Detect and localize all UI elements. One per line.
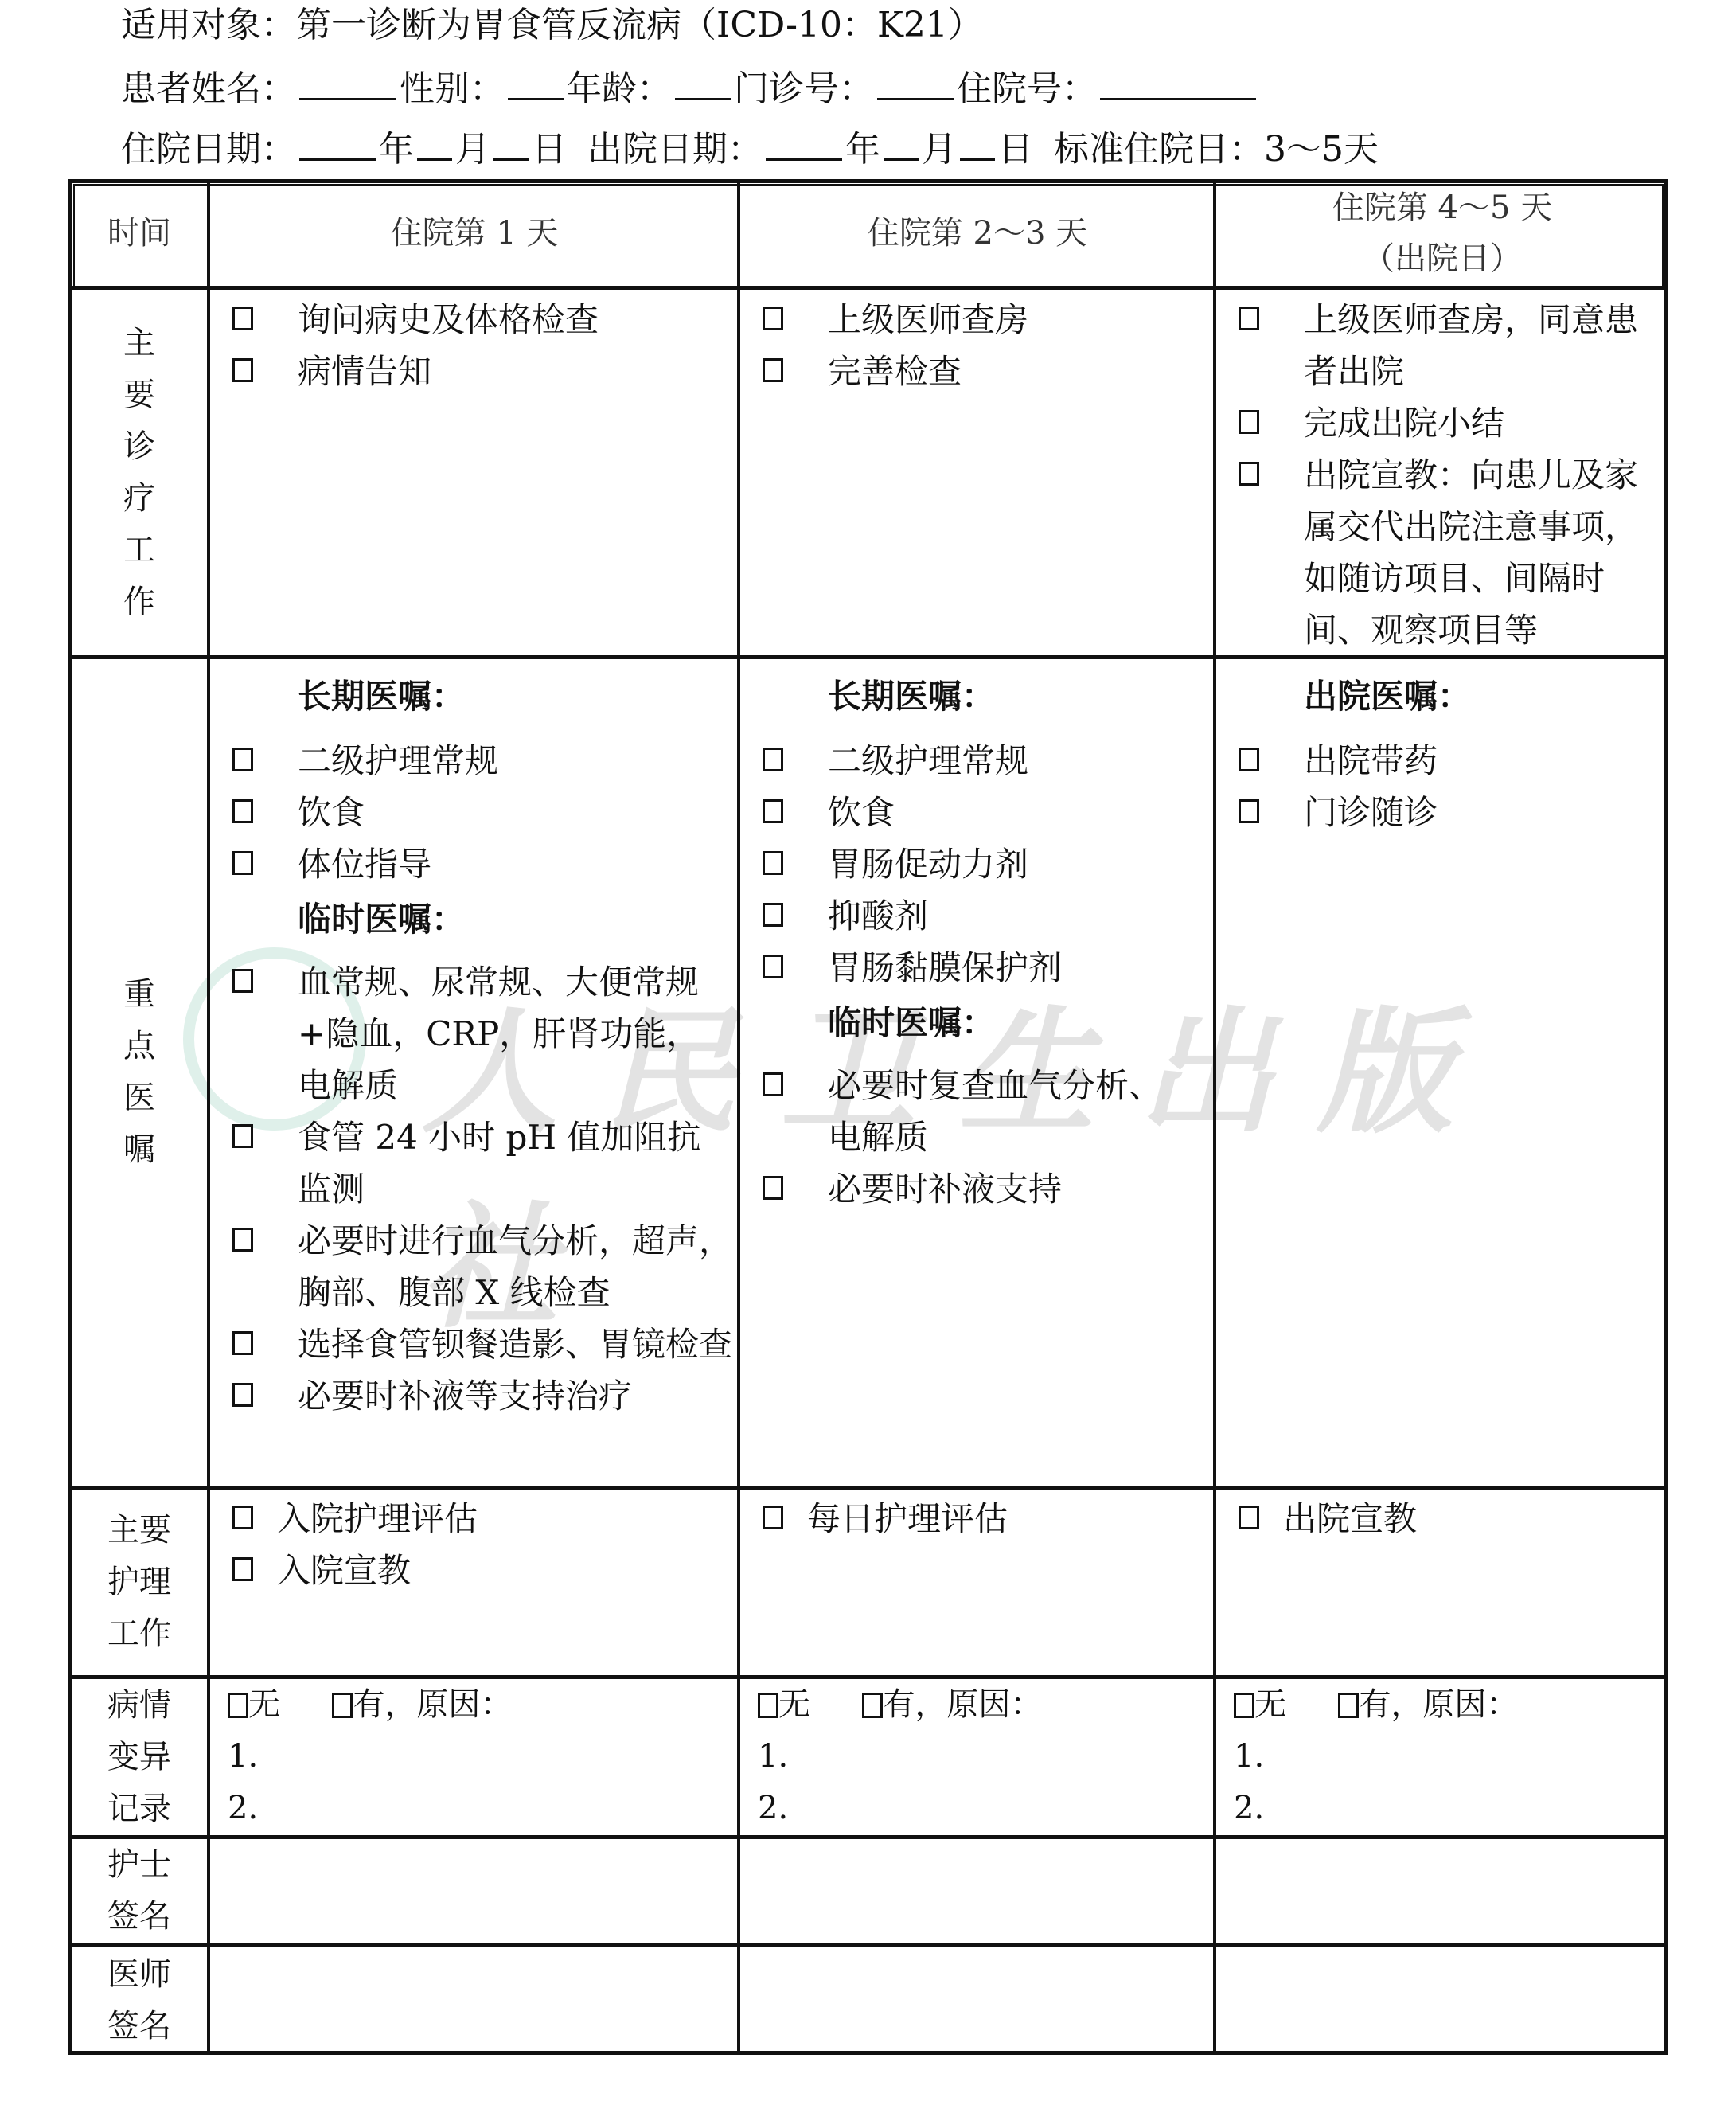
label-line: 记录 xyxy=(107,1783,171,1835)
checkbox-none-icon[interactable] xyxy=(758,1693,778,1718)
reason-line-1[interactable]: 1. xyxy=(1216,1731,1646,1783)
checkbox-icon[interactable] xyxy=(232,969,253,993)
item-text: 完成出院小结 xyxy=(1304,404,1504,443)
checkbox-icon[interactable] xyxy=(763,358,783,382)
checklist-item[interactable]: 上级医师查房 xyxy=(740,294,1213,346)
col-header-day4-5-title: 住院第 4～5 天 xyxy=(1332,182,1552,233)
nursing-day2: 每日护理评估 xyxy=(740,1493,1213,1545)
row-label-doctor-sign: 医师 签名 xyxy=(68,1947,210,2055)
row-label-variation: 病情 变异 记录 xyxy=(68,1679,210,1835)
variation-day3: 无 有，原因： 1. 2. xyxy=(1216,1679,1646,1834)
checkbox-none-icon[interactable] xyxy=(228,1693,248,1718)
discharge-day-field[interactable] xyxy=(960,127,995,161)
item-text: 入院宣教 xyxy=(277,1551,411,1590)
discharge-year-field[interactable] xyxy=(766,127,842,161)
checkbox-icon[interactable] xyxy=(232,1228,253,1252)
label-line: 医师 xyxy=(107,1949,171,2001)
col-header-discharge-day: （出院日） xyxy=(1363,233,1522,284)
checkbox-yes-icon[interactable] xyxy=(1338,1693,1359,1718)
label-line: 护理 xyxy=(107,1556,171,1608)
key-orders-day3: 出院医嘱： 出院带药 门诊随诊 xyxy=(1216,669,1646,838)
clinical-pathway-table: 时间 住院第 1 天 住院第 2～3 天 住院第 4～5 天 （出院日） 主 要… xyxy=(68,179,1668,2055)
key-orders-day1: 长期医嘱： 二级护理常规 饮食 体位指导 临时医嘱： 血常规、尿常规、大便常规+… xyxy=(210,669,732,1422)
year-label: 年 xyxy=(379,129,414,170)
label-char: 主 xyxy=(123,318,155,369)
checkbox-icon[interactable] xyxy=(763,799,783,823)
label-line: 变异 xyxy=(107,1732,171,1783)
checklist-item[interactable]: 胃肠黏膜保护剂 xyxy=(740,942,1186,994)
label-char: 疗 xyxy=(123,473,155,525)
item-text: 入院护理评估 xyxy=(277,1499,478,1538)
item-text: 体位指导 xyxy=(298,845,431,884)
variation-options: 无 有，原因： xyxy=(740,1679,1213,1731)
patient-name-field[interactable] xyxy=(299,66,396,100)
checkbox-icon[interactable] xyxy=(763,1506,783,1529)
label-char: 要 xyxy=(123,369,155,421)
checklist-item[interactable]: 询问病史及体格检查 xyxy=(210,294,737,346)
label-line: 签名 xyxy=(107,1891,171,1943)
checkbox-icon[interactable] xyxy=(1239,799,1259,823)
label-char: 诊 xyxy=(123,421,155,473)
patient-name-label: 患者姓名： xyxy=(121,68,296,109)
item-text: 必要时进行血气分析，超声，胸部、腹部 X 线检查 xyxy=(298,1221,732,1312)
row-label-main-work: 主 要 诊 疗 工 作 xyxy=(68,290,210,655)
checklist-item[interactable]: 出院宣教 xyxy=(1216,1493,1646,1545)
checklist-item[interactable]: 入院护理评估 xyxy=(210,1493,737,1545)
standard-stay-label: 标准住院日：3～5天 xyxy=(1054,129,1379,170)
checklist-item[interactable]: 血常规、尿常规、大便常规+隐血，CRP，肝肾功能，电解质 xyxy=(210,956,732,1111)
nurse-sign-day1[interactable] xyxy=(210,1839,737,1943)
age-field[interactable] xyxy=(675,66,731,100)
month-label: 月 xyxy=(922,129,957,170)
item-text: 必要时补液等支持治疗 xyxy=(298,1377,632,1416)
label-char: 作 xyxy=(123,576,155,628)
doctor-sign-day1[interactable] xyxy=(210,1947,737,2050)
checkbox-icon[interactable] xyxy=(232,1557,253,1581)
long-term-orders-heading: 长期医嘱： xyxy=(210,670,732,722)
item-text: 出院宣教 xyxy=(1283,1499,1417,1538)
label-line: 主要 xyxy=(107,1505,171,1556)
row-label-nurse-sign: 护士 签名 xyxy=(68,1839,210,1943)
item-text: 抑酸剂 xyxy=(828,896,928,935)
checkbox-icon[interactable] xyxy=(763,1176,783,1200)
reason-line-2[interactable]: 2. xyxy=(210,1783,737,1834)
checklist-item[interactable]: 必要时进行血气分析，超声，胸部、腹部 X 线检查 xyxy=(210,1215,732,1318)
outpatient-no-label: 门诊号： xyxy=(734,68,874,109)
checklist-item[interactable]: 门诊随诊 xyxy=(1216,787,1646,838)
main-work-day1: 询问病史及体格检查 病情告知 xyxy=(210,294,737,397)
checklist-item[interactable]: 饮食 xyxy=(740,787,1186,838)
item-text: 食管 24 小时 pH 值加阻抗监测 xyxy=(298,1118,700,1209)
checkbox-icon[interactable] xyxy=(1239,748,1259,771)
item-text: 饮食 xyxy=(828,793,895,832)
temp-orders-heading: 临时医嘱： xyxy=(210,893,732,945)
label-char: 工 xyxy=(123,525,155,576)
checkbox-icon[interactable] xyxy=(232,748,253,771)
item-text: 饮食 xyxy=(298,793,365,832)
item-text: 必要时补液支持 xyxy=(828,1170,1062,1209)
checkbox-none-icon[interactable] xyxy=(1234,1693,1254,1718)
item-text: 门诊随诊 xyxy=(1304,793,1438,832)
nurse-sign-day3[interactable] xyxy=(1216,1839,1664,1943)
yes-reason-label: 有，原因： xyxy=(1359,1686,1518,1723)
item-text: 二级护理常规 xyxy=(298,741,498,780)
item-text: 必要时复查血气分析、电解质 xyxy=(828,1066,1162,1157)
day-label: 日 xyxy=(998,129,1033,170)
checkbox-icon[interactable] xyxy=(763,307,783,330)
checklist-item[interactable]: 抑酸剂 xyxy=(740,890,1186,942)
checkbox-icon[interactable] xyxy=(232,1124,253,1148)
checklist-item[interactable]: 选择食管钡餐造影、胃镜检查 xyxy=(210,1318,732,1370)
nursing-day1: 入院护理评估 入院宣教 xyxy=(210,1493,737,1596)
gender-field[interactable] xyxy=(508,66,564,100)
year-label: 年 xyxy=(845,129,880,170)
none-label: 无 xyxy=(1254,1686,1286,1723)
item-text: 询问病史及体格检查 xyxy=(298,300,599,339)
checkbox-icon[interactable] xyxy=(763,851,783,875)
dates-line: 住院日期：年月日 出院日期：年月日 标准住院日：3～5天 xyxy=(121,126,1379,174)
admit-year-field[interactable] xyxy=(299,127,376,161)
age-label: 年龄： xyxy=(567,68,672,109)
yes-reason-label: 有，原因： xyxy=(883,1686,1042,1723)
checklist-item[interactable]: 完成出院小结 xyxy=(1216,397,1646,449)
reason-line-1[interactable]: 1. xyxy=(740,1731,1213,1783)
main-work-day3: 上级医师查房，同意患者出院 完成出院小结 出院宣教：向患儿及家属交代出院注意事项… xyxy=(1216,294,1646,656)
nursing-day3: 出院宣教 xyxy=(1216,1493,1646,1545)
admit-date-label: 住院日期： xyxy=(121,129,296,170)
none-label: 无 xyxy=(248,1686,280,1723)
item-text: 病情告知 xyxy=(298,352,431,391)
checkbox-icon[interactable] xyxy=(232,799,253,823)
checkbox-icon[interactable] xyxy=(763,955,783,978)
checkbox-icon[interactable] xyxy=(763,748,783,771)
checkbox-icon[interactable] xyxy=(1239,307,1259,330)
yes-reason-label: 有，原因： xyxy=(353,1686,512,1723)
item-text: 完善检查 xyxy=(828,352,962,391)
item-text: 出院宣教：向患儿及家属交代出院注意事项，如随访项目、间隔时间、观察项目等 xyxy=(1304,455,1638,650)
checklist-item[interactable]: 二级护理常规 xyxy=(210,735,732,787)
item-text: 上级医师查房，同意患者出院 xyxy=(1304,300,1638,391)
patient-info-line: 患者姓名：性别：年龄：门诊号：住院号： xyxy=(121,65,1259,113)
checkbox-icon[interactable] xyxy=(232,1331,253,1355)
main-work-day2: 上级医师查房 完善检查 xyxy=(740,294,1213,397)
item-text: 二级护理常规 xyxy=(828,741,1028,780)
admit-day-field[interactable] xyxy=(493,127,529,161)
item-text: 选择食管钡餐造影、胃镜检查 xyxy=(298,1325,732,1364)
item-text: 血常规、尿常规、大便常规+隐血，CRP，肝肾功能，电解质 xyxy=(298,963,700,1105)
doctor-sign-day3[interactable] xyxy=(1216,1947,1664,2050)
checklist-item[interactable]: 胃肠促动力剂 xyxy=(740,838,1186,890)
label-char: 医 xyxy=(123,1072,155,1124)
doctor-sign-day2[interactable] xyxy=(740,1947,1213,2050)
label-line: 工作 xyxy=(107,1608,171,1660)
checklist-item[interactable]: 出院带药 xyxy=(1216,735,1646,787)
none-label: 无 xyxy=(778,1686,810,1723)
item-text: 上级医师查房 xyxy=(828,300,1028,339)
label-line: 签名 xyxy=(107,2001,171,2052)
checkbox-icon[interactable] xyxy=(1239,410,1259,434)
label-char: 重 xyxy=(123,969,155,1021)
checklist-item[interactable]: 病情告知 xyxy=(210,346,737,397)
day-label: 日 xyxy=(532,129,567,170)
label-line: 护士 xyxy=(107,1839,171,1891)
variation-day2: 无 有，原因： 1. 2. xyxy=(740,1679,1213,1834)
admit-month-field[interactable] xyxy=(417,127,452,161)
checklist-item[interactable]: 必要时补液支持 xyxy=(740,1163,1186,1215)
reason-line-1[interactable]: 1. xyxy=(210,1731,737,1783)
checklist-item[interactable]: 入院宣教 xyxy=(210,1545,737,1596)
checkbox-icon[interactable] xyxy=(1239,1506,1259,1529)
reason-line-2[interactable]: 2. xyxy=(740,1783,1213,1834)
col-header-day4-5: 住院第 4～5 天 （出院日） xyxy=(1216,179,1668,287)
label-char: 点 xyxy=(123,1021,155,1072)
key-orders-day2: 长期医嘱： 二级护理常规 饮食 胃肠促动力剂 抑酸剂 胃肠黏膜保护剂 临时医嘱：… xyxy=(740,669,1186,1215)
checklist-item[interactable]: 完善检查 xyxy=(740,346,1213,397)
long-term-orders-heading: 长期医嘱： xyxy=(740,670,1186,722)
temp-orders-heading: 临时医嘱： xyxy=(740,997,1186,1049)
checkbox-yes-icon[interactable] xyxy=(332,1693,353,1718)
checklist-item[interactable]: 食管 24 小时 pH 值加阻抗监测 xyxy=(210,1111,732,1215)
checklist-item[interactable]: 上级医师查房，同意患者出院 xyxy=(1216,294,1646,397)
row-divider xyxy=(68,1486,1668,1490)
variation-options: 无 有，原因： xyxy=(210,1679,737,1731)
nurse-sign-day2[interactable] xyxy=(740,1839,1213,1943)
checkbox-icon[interactable] xyxy=(232,1506,253,1529)
checkbox-icon[interactable] xyxy=(763,903,783,927)
variation-options: 无 有，原因： xyxy=(1216,1679,1646,1731)
checkbox-icon[interactable] xyxy=(232,307,253,330)
checklist-item[interactable]: 饮食 xyxy=(210,787,732,838)
discharge-date-label: 出院日期： xyxy=(587,129,763,170)
inpatient-no-label: 住院号： xyxy=(957,68,1097,109)
applicable-subject: 适用对象：第一诊断为胃食管反流病（ICD-10：K21） xyxy=(121,2,983,49)
col-header-day1: 住院第 1 天 xyxy=(210,179,739,287)
reason-line-2[interactable]: 2. xyxy=(1216,1783,1646,1834)
checklist-item[interactable]: 必要时复查血气分析、电解质 xyxy=(740,1060,1186,1163)
checklist-item[interactable]: 必要时补液等支持治疗 xyxy=(210,1370,732,1422)
discharge-orders-heading: 出院医嘱： xyxy=(1216,670,1646,722)
checklist-item[interactable]: 每日护理评估 xyxy=(740,1493,1213,1545)
label-char: 嘱 xyxy=(123,1124,155,1176)
inpatient-no-field[interactable] xyxy=(1100,66,1256,100)
outpatient-no-field[interactable] xyxy=(877,66,954,100)
checkbox-yes-icon[interactable] xyxy=(862,1693,883,1718)
col-header-time: 时间 xyxy=(68,179,210,287)
col-header-day2-3: 住院第 2～3 天 xyxy=(740,179,1215,287)
item-text: 胃肠促动力剂 xyxy=(828,845,1028,884)
row-label-nursing: 主要 护理 工作 xyxy=(68,1490,210,1675)
item-text: 每日护理评估 xyxy=(807,1499,1008,1538)
item-text: 出院带药 xyxy=(1304,741,1438,780)
item-text: 胃肠黏膜保护剂 xyxy=(828,948,1062,987)
month-label: 月 xyxy=(455,129,490,170)
checkbox-icon[interactable] xyxy=(763,1072,783,1096)
row-label-key-orders: 重 点 医 嘱 xyxy=(68,659,210,1486)
checkbox-icon[interactable] xyxy=(232,358,253,382)
gender-label: 性别： xyxy=(400,68,505,109)
checkbox-icon[interactable] xyxy=(1239,462,1259,486)
checklist-item[interactable]: 出院宣教：向患儿及家属交代出院注意事项，如随访项目、间隔时间、观察项目等 xyxy=(1216,449,1646,656)
variation-day1: 无 有，原因： 1. 2. xyxy=(210,1679,737,1834)
checklist-item[interactable]: 二级护理常规 xyxy=(740,735,1186,787)
discharge-month-field[interactable] xyxy=(884,127,919,161)
checkbox-icon[interactable] xyxy=(232,851,253,875)
checklist-item[interactable]: 体位指导 xyxy=(210,838,732,890)
checkbox-icon[interactable] xyxy=(232,1383,253,1407)
label-line: 病情 xyxy=(107,1680,171,1732)
